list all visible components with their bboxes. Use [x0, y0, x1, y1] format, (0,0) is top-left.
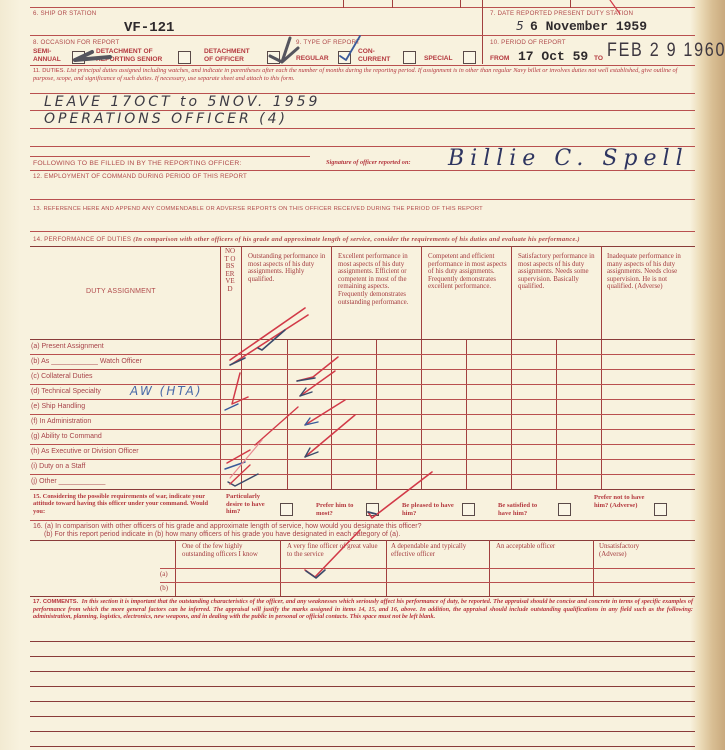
rule	[30, 520, 695, 521]
comments-line[interactable]	[30, 641, 695, 642]
col-inadequate-desc: Inadequate performance in many aspects o…	[607, 253, 691, 291]
rule	[570, 0, 571, 8]
rule	[241, 246, 242, 489]
duties-line-2[interactable]: OPERATIONS OFFICER (4)	[44, 111, 288, 127]
occasion-detachment-senior-label: DETACHMENT OFREPORTING SENIOR	[96, 48, 162, 63]
technical-specialty-handwritten: AW (HTA)	[130, 384, 203, 398]
attitude-pleased-checkbox[interactable]	[462, 503, 475, 516]
rule	[30, 474, 695, 475]
rule	[220, 246, 221, 489]
row-present-assignment: (a) Present Assignment	[31, 343, 104, 350]
designation-col-very-fine: A very fine officer of great value to th…	[287, 543, 381, 558]
comments-line[interactable]	[30, 731, 695, 732]
comments-line[interactable]	[30, 656, 695, 657]
rule	[30, 65, 695, 66]
date-correction: 5	[516, 19, 524, 33]
type-special-checkbox[interactable]	[463, 51, 476, 64]
type-regular-checkbox[interactable]	[338, 51, 351, 64]
ship-station-label: 6. SHIP OR STATION	[33, 10, 96, 17]
rule	[30, 339, 695, 340]
fitness-report-page: 6. SHIP OR STATION VF-121 7. DATE REPORT…	[0, 0, 725, 750]
rule	[30, 399, 695, 400]
rule	[331, 246, 332, 489]
rule	[601, 246, 602, 489]
rule	[30, 35, 695, 36]
rule	[30, 414, 695, 415]
type-regular-label: REGULAR	[296, 55, 329, 63]
attitude-pleased-label: Be pleased to have him?	[402, 502, 454, 517]
designation-col-highly-outstanding: One of the few highly outstanding office…	[182, 543, 276, 558]
performance-label: 14. PERFORMANCE OF DUTIES (In comparison…	[33, 236, 580, 243]
type-special-label: SPECIAL	[424, 55, 453, 63]
date-reported-label: 7. DATE REPORTED PRESENT DUTY STATION	[490, 10, 633, 17]
attitude-prefer-not-checkbox[interactable]	[654, 503, 667, 516]
not-observed-header: NOT OBSERVED	[224, 248, 236, 294]
rule	[30, 128, 695, 129]
comments-line[interactable]	[30, 701, 695, 702]
period-from-label: FROM	[490, 55, 509, 63]
attitude-satisfied-label: Be satisfied to have him?	[498, 502, 550, 517]
row-watch-officer: (b) As ____________ Watch Officer	[31, 358, 142, 365]
rule	[30, 596, 695, 597]
designation-col-unsatisfactory: Unsatisfactory (Adverse)	[599, 543, 659, 558]
col-outstanding-desc: Outstanding performance in most aspects …	[248, 253, 328, 283]
comments-line[interactable]	[30, 671, 695, 672]
period-from-value[interactable]: 17 Oct 59	[518, 49, 588, 64]
attitude-particularly-desire-checkbox[interactable]	[280, 503, 293, 516]
designation-row-a: (a)	[160, 571, 168, 579]
occasion-semi-annual-label: SEMI-ANNUAL	[33, 48, 61, 63]
rule	[30, 246, 695, 247]
comments-line[interactable]	[30, 686, 695, 687]
col-satisfactory-desc: Satisfactory performance in most aspects…	[518, 253, 598, 291]
designation-col-acceptable: An acceptable officer	[496, 543, 590, 551]
rule	[30, 156, 310, 157]
comments-line[interactable]	[30, 746, 695, 747]
rule	[160, 568, 695, 569]
attitude-label: 15. Considering the possible requirement…	[33, 493, 213, 515]
row-collateral-duties: (c) Collateral Duties	[31, 373, 92, 380]
designation-row-b: (b)	[160, 585, 168, 593]
rule	[30, 7, 695, 8]
row-duty-on-staff: (i) Duty on a Staff	[31, 463, 85, 470]
employment-label: 12. EMPLOYMENT OF COMMAND DURING PERIOD …	[33, 173, 247, 180]
duties-line-1[interactable]: LEAVE 17OCT to 5NOV. 1959	[44, 94, 320, 110]
row-executive-division: (h) As Executive or Division Officer	[31, 448, 139, 455]
signature-label: Signature of officer reported on:	[326, 159, 411, 166]
rule	[30, 231, 695, 232]
occasion-detachment-officer-label: DETACHMENTOF OFFICER	[204, 48, 250, 63]
rule	[30, 369, 695, 370]
designation-col-dependable: A dependable and typically effective off…	[391, 543, 485, 558]
attitude-prefer-him-label: Prefer him to most?	[316, 502, 361, 517]
type-of-report-label: 9. TYPE OF REPORT	[296, 39, 360, 46]
reference-label: 13. REFERENCE HERE AND APPEND ANY COMMEN…	[33, 206, 483, 212]
rule	[30, 170, 695, 171]
date-reported-value[interactable]: 6 November 1959	[530, 19, 647, 34]
rule	[30, 354, 695, 355]
row-ship-handling: (e) Ship Handling	[31, 403, 85, 410]
comments-instructions: 17. COMMENTS. In this section it is impo…	[33, 598, 693, 620]
attitude-particularly-desire-label: Particularly desire to have him?	[226, 493, 278, 516]
designation-instructions: 16. (a) In comparison with other officer…	[33, 523, 421, 539]
period-to-label: TO	[594, 55, 603, 63]
rule	[460, 0, 461, 8]
duties-instructions: 11. DUTIES. List principal duties assign…	[33, 67, 695, 83]
rule	[30, 459, 695, 460]
type-concurrent-label: CON-CURRENT	[358, 48, 390, 63]
rule	[343, 0, 344, 8]
attitude-satisfied-checkbox[interactable]	[558, 503, 571, 516]
rule	[482, 0, 483, 64]
rule	[421, 246, 422, 489]
officer-signature[interactable]: Billie C. Spell	[448, 146, 689, 171]
comments-line[interactable]	[30, 716, 695, 717]
attitude-prefer-not-label: Prefer not to have him? (Adverse)	[594, 494, 646, 509]
rule	[511, 246, 512, 489]
occasion-detachment-senior-checkbox[interactable]	[178, 51, 191, 64]
row-other: (j) Other ____________	[31, 478, 105, 485]
rule	[30, 444, 695, 445]
attitude-prefer-him-checkbox[interactable]	[366, 503, 379, 516]
row-administration: (f) In Administration	[31, 418, 91, 425]
rule	[30, 489, 695, 490]
occasion-label: 8. OCCASION FOR REPORT	[33, 39, 119, 46]
row-technical-specialty: (d) Technical Specialty	[31, 388, 101, 395]
ship-station-value[interactable]: VF-121	[124, 20, 174, 36]
rule	[30, 429, 695, 430]
rule	[392, 0, 393, 8]
duty-assignment-header: DUTY ASSIGNMENT	[86, 288, 156, 295]
row-ability-to-command: (g) Ability to Command	[31, 433, 102, 440]
reporting-officer-heading: FOLLOWING TO BE FILLED IN BY THE REPORTI…	[33, 160, 242, 167]
occasion-semi-annual-checkbox[interactable]	[72, 51, 85, 64]
period-label: 10. PERIOD OF REPORT	[490, 39, 566, 46]
col-competent-desc: Competent and efficient performance in m…	[428, 253, 508, 291]
occasion-detachment-officer-checkbox[interactable]	[267, 51, 280, 64]
rule	[160, 582, 695, 583]
col-excellent-desc: Excellent performance in most aspects of…	[338, 253, 418, 306]
period-to-value[interactable]: FEB 2 9 1960	[607, 40, 725, 62]
rule	[30, 540, 695, 541]
type-concurrent-checkbox[interactable]	[403, 51, 416, 64]
rule	[30, 199, 695, 200]
